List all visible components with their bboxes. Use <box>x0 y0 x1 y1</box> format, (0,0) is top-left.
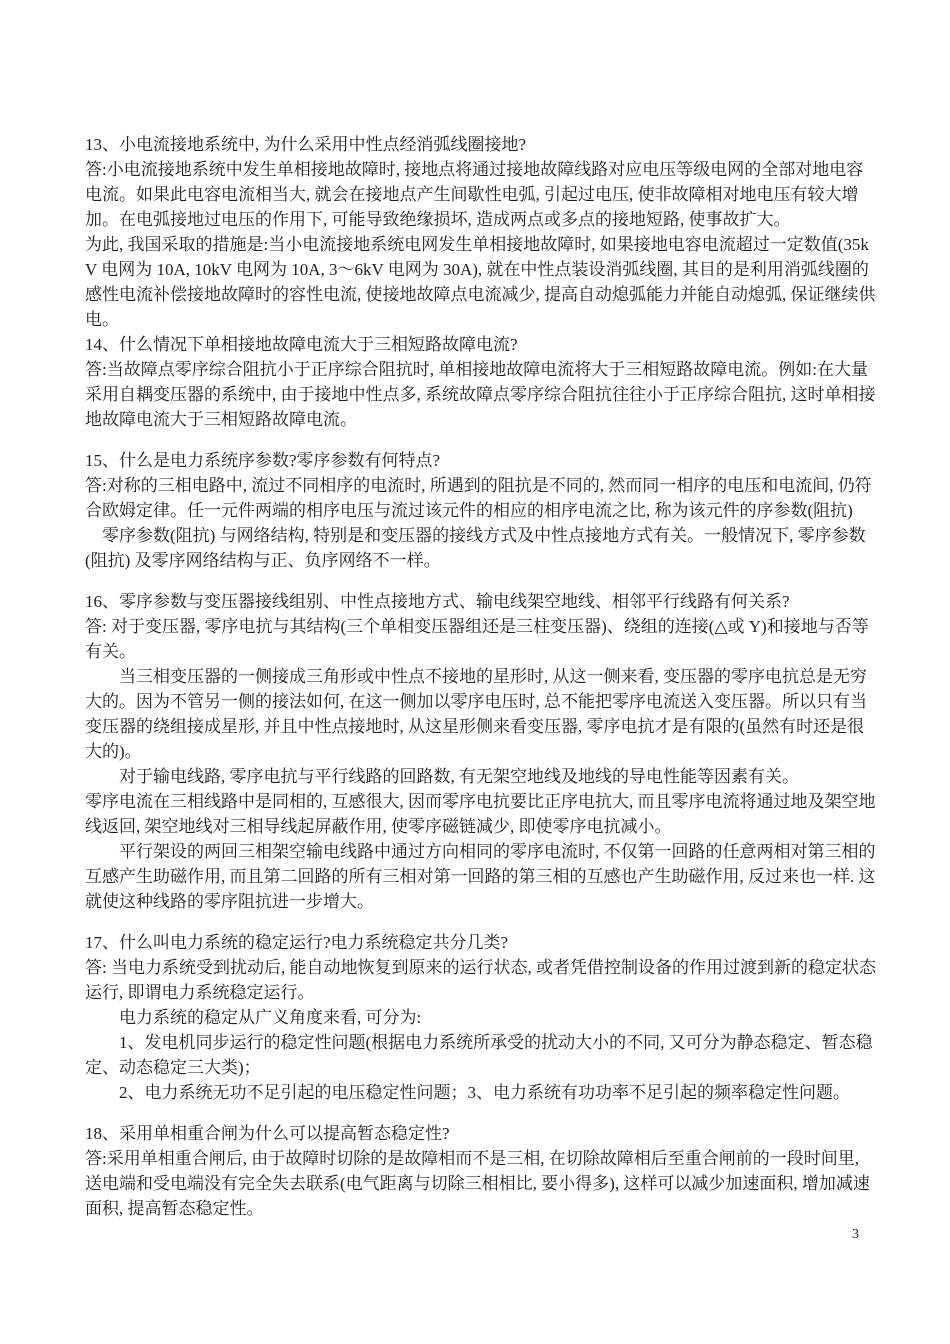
question-16: 16、零序参数与变压器接线组别、中性点接地方式、输电线架空地线、相邻平行线路有何… <box>85 589 880 614</box>
answer-16-paragraph-4: 零序电流在三相线路中是同相的, 互感很大, 因而零序电抗要比正序电抗大, 而且零… <box>85 789 880 839</box>
qa-item-18: 18、采用单相重合闸为什么可以提高暂态稳定性? 答:采用单相重合闸后, 由于故障… <box>85 1121 880 1221</box>
question-15: 15、什么是电力系统序参数?零序参数有何特点? <box>85 448 880 473</box>
answer-16-paragraph-1: 答: 对于变压器, 零序电抗与其结构(三个单相变压器组还是三柱变压器)、绕组的连… <box>85 614 880 664</box>
answer-17-paragraph-1: 答: 当电力系统受到扰动后, 能自动地恢复到原来的运行状态, 或者凭借控制设备的… <box>85 955 880 1005</box>
answer-17-paragraph-2: 电力系统的稳定从广义角度来看, 可分为: <box>85 1005 880 1030</box>
qa-item-13: 13、小电流接地系统中, 为什么采用中性点经消弧线圈接地? 答:小电流接地系统中… <box>85 132 880 332</box>
question-13: 13、小电流接地系统中, 为什么采用中性点经消弧线圈接地? <box>85 132 880 157</box>
answer-16-paragraph-2: 当三相变压器的一侧接成三角形或中性点不接地的星形时, 从这一侧来看, 变压器的零… <box>85 664 880 764</box>
qa-item-15: 15、什么是电力系统序参数?零序参数有何特点? 答:对称的三相电路中, 流过不同… <box>85 448 880 573</box>
answer-13-paragraph-1: 答:小电流接地系统中发生单相接地故障时, 接地点将通过接地故障线路对应电压等级电… <box>85 157 880 232</box>
answer-14-paragraph-1: 答:当故障点零序综合阻抗小于正序综合阻抗时, 单相接地故障电流将大于三相短路故障… <box>85 357 880 432</box>
question-14: 14、什么情况下单相接地故障电流大于三相短路故障电流? <box>85 332 880 357</box>
page-number: 3 <box>852 1226 859 1244</box>
answer-13-paragraph-2: 为此, 我国采取的措施是:当小电流接地系统电网发生单相接地故障时, 如果接地电容… <box>85 232 880 332</box>
qa-item-16: 16、零序参数与变压器接线组别、中性点接地方式、输电线架空地线、相邻平行线路有何… <box>85 589 880 914</box>
answer-18-paragraph-1: 答:采用单相重合闸后, 由于故障时切除的是故障相而不是三相, 在切除故障相后至重… <box>85 1146 880 1221</box>
document-page: 13、小电流接地系统中, 为什么采用中性点经消弧线圈接地? 答:小电流接地系统中… <box>0 0 950 1344</box>
answer-17-paragraph-4: 2、电力系统无功不足引起的电压稳定性问题；3、电力系统有功功率不足引起的频率稳定… <box>85 1080 880 1105</box>
question-18: 18、采用单相重合闸为什么可以提高暂态稳定性? <box>85 1121 880 1146</box>
qa-item-14: 14、什么情况下单相接地故障电流大于三相短路故障电流? 答:当故障点零序综合阻抗… <box>85 332 880 432</box>
qa-item-17: 17、什么叫电力系统的稳定运行?电力系统稳定共分几类? 答: 当电力系统受到扰动… <box>85 930 880 1105</box>
answer-16-paragraph-3: 对于输电线路, 零序电抗与平行线路的回路数, 有无架空地线及地线的导电性能等因素… <box>85 764 880 789</box>
answer-17-paragraph-3: 1、发电机同步运行的稳定性问题(根据电力系统所承受的扰动大小的不同, 又可分为静… <box>85 1030 880 1080</box>
answer-15-paragraph-1: 答:对称的三相电路中, 流过不同相序的电流时, 所遇到的阻抗是不同的, 然而同一… <box>85 473 880 523</box>
answer-15-paragraph-2: 零序参数(阻抗) 与网络结构, 特别是和变压器的接线方式及中性点接地方式有关。一… <box>85 523 880 573</box>
question-17: 17、什么叫电力系统的稳定运行?电力系统稳定共分几类? <box>85 930 880 955</box>
answer-16-paragraph-5: 平行架设的两回三相架空输电线路中通过方向相同的零序电流时, 不仅第一回路的任意两… <box>85 839 880 914</box>
